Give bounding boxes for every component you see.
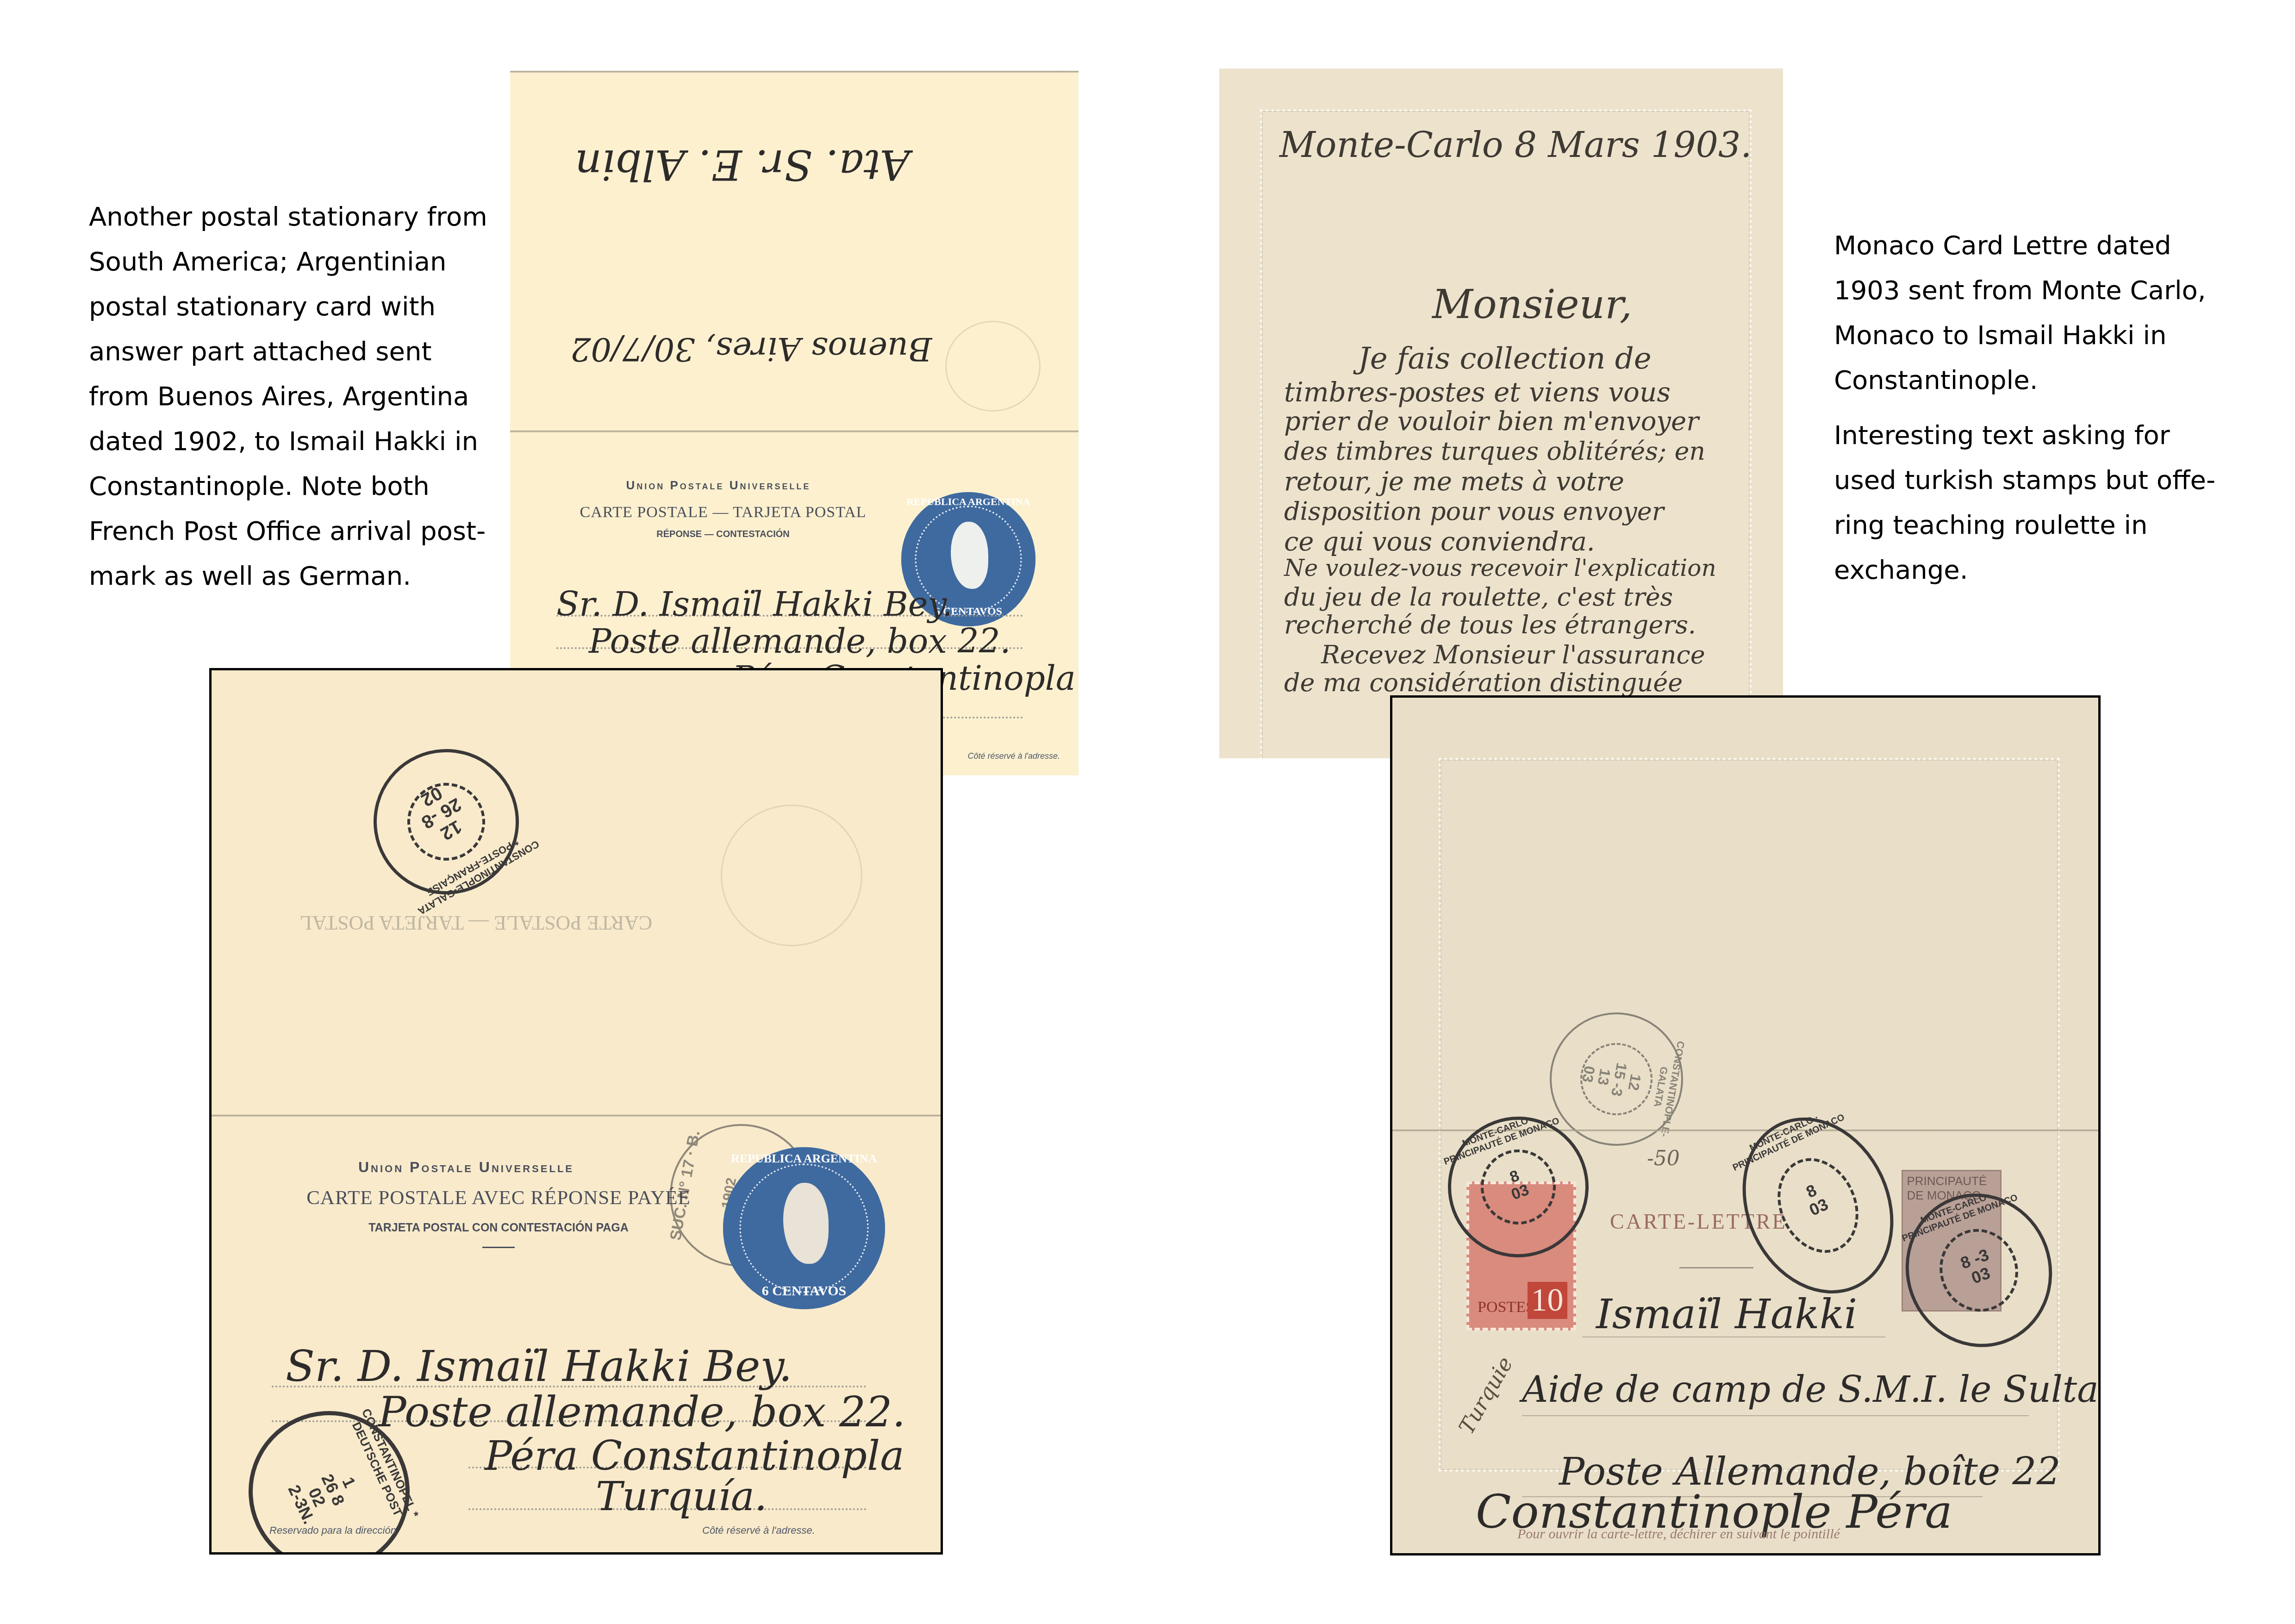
caption-line: used turkish stamps but offe-	[1834, 465, 2215, 495]
letter-line: Recevez Monsieur l'assurance	[1321, 640, 1705, 669]
ornament-rule	[1679, 1267, 1753, 1268]
letter-line: Ne voulez-vous recevoir l'explication	[1284, 555, 1716, 581]
address-line-2: Poste allemande, box 22.	[378, 1388, 905, 1437]
letter-line: des timbres turques oblitérés; en	[1284, 437, 1705, 466]
address-line-2: Aide de camp de S.M.I. le Sultan	[1522, 1369, 2101, 1411]
letter-line: recherché de tous les étrangers.	[1284, 610, 1696, 639]
stamp-country: REPUBLICA ARGENTINA	[901, 496, 1035, 508]
address-line-1: Ismaïl Hakki	[1596, 1290, 1857, 1338]
back-place-date: Buenos Aires, 30/7/02	[570, 330, 932, 368]
stamp-value: 6 CENTAVOS	[723, 1283, 885, 1299]
french-post-office-postmark: CONSTANTINOPLE-GALATA * POSTE-FRANÇAISE …	[347, 723, 546, 921]
caption-line: Interesting text asking for	[1834, 420, 2170, 450]
card-subtitle: RÉPONSE — CONTESTACIÓN	[607, 529, 839, 540]
right-caption: Monaco Card Lettre dated 1903 sent from …	[1834, 223, 2232, 593]
caption-line: ring teaching roulette in	[1834, 510, 2148, 540]
caption-line: answer part attached sent	[89, 329, 496, 374]
caption-line: French Post Office arrival post-	[89, 509, 496, 554]
caption-line: Monaco Card Lettre dated	[1834, 231, 2171, 261]
left-caption: Another postal stationary from South Ame…	[89, 194, 496, 599]
caption-line: dated 1902, to Ismail Hakki in	[89, 419, 496, 464]
letter-line: timbres-postes et viens vous	[1284, 376, 1671, 408]
caption-line: Constantinople.	[1834, 365, 2038, 395]
argentina-6-centavos-stamp: REPUBLICA ARGENTINA 6 CENTAVOS	[723, 1147, 885, 1309]
letter-line: de ma considération distinguée	[1284, 668, 1683, 697]
address-line-3: Péra Constantinopla	[485, 1432, 904, 1480]
card-title: CARTE POSTALE AVEC RÉPONSE PAYÉE	[295, 1187, 702, 1209]
ornament-rule	[482, 1247, 515, 1248]
caption-paragraph-1: Monaco Card Lettre dated 1903 sent from …	[1834, 223, 2232, 403]
postmark-ring-text: SUC. N° 17 · B.	[664, 1116, 706, 1255]
letter-line: du jeu de la roulette, c'est très	[1284, 582, 1673, 612]
caption-line: South America; Argentinian	[89, 239, 496, 284]
fold-line	[510, 431, 1079, 432]
address-rule	[1522, 1415, 2029, 1416]
caption-line: Monaco to Ismail Hakki in	[1834, 320, 2166, 350]
embossed-stamp-ghost	[945, 321, 1041, 412]
upu-header: Union Postale Universelle	[589, 478, 848, 493]
embossed-stamp-ghost	[721, 805, 862, 946]
show-through-text: CARTE POSTALE — TARJETA POSTAL	[299, 911, 652, 935]
fold-line	[212, 1115, 941, 1117]
argentine-main-card-image: CARTE POSTALE — TARJETA POSTAL CONSTANTI…	[209, 668, 943, 1555]
stamp-label: POSTES	[1478, 1299, 1534, 1316]
card-title: CARTE POSTALE — TARJETA POSTAL	[580, 504, 867, 521]
address-line-1: Sr. D. Ismaïl Hakki Bey.	[286, 1342, 792, 1391]
opening-instructions: Pour ouvrir la carte-lettre, déchirer en…	[1517, 1526, 1840, 1542]
address-line-1: Sr. D. Ismaïl Hakki Bey.	[556, 585, 953, 624]
caption-line: exchange.	[1834, 555, 1968, 585]
back-signature: Ata. Sr. E. Albin	[575, 140, 910, 189]
stamp-country: REPUBLICA ARGENTINA	[723, 1152, 885, 1166]
pencil-price-note: -50	[1647, 1147, 1680, 1170]
letter-line: retour, je me mets à votre	[1284, 467, 1624, 497]
caption-paragraph-2: Interesting text asking for used turkish…	[1834, 413, 2232, 593]
card-top-edge	[510, 71, 1079, 73]
caption-line: Another postal stationary from	[89, 194, 496, 239]
caption-line: 1903 sent from Monte Carlo,	[1834, 275, 2206, 306]
footer-address-side: Côté réservé à l'adresse.	[967, 751, 1060, 761]
card-subtitle: TARJETA POSTAL CON CONTESTACIÓN PAGA	[341, 1221, 656, 1235]
footer-reserved-direction: Reservado para la dirección.	[269, 1524, 399, 1537]
monaco-carte-lettre-image: CONSTANTINOPLE-GALATA 12 15 -3 13 03 -50…	[1390, 695, 2101, 1555]
letter-date-line: Monte-Carlo 8 Mars 1903.	[1279, 124, 1752, 165]
letter-salutation: Monsieur,	[1432, 281, 1632, 328]
caption-line: from Buenos Aires, Argentina	[89, 374, 496, 419]
letter-line: ce qui vous conviendra.	[1284, 527, 1595, 557]
caption-line: Constantinople. Note both	[89, 464, 496, 509]
address-line-2: Poste allemande, box 22.	[589, 622, 1010, 661]
caption-line: mark as well as German.	[89, 554, 496, 599]
address-line-4: Turquía.	[596, 1474, 767, 1520]
caption-line: postal stationary card with	[89, 284, 496, 329]
letter-line: Je fais collection de	[1358, 342, 1652, 376]
letter-line: disposition pour vous envoyer	[1284, 497, 1664, 526]
monaco-letter-inside-image: Monte-Carlo 8 Mars 1903. Monsieur, Je fa…	[1219, 69, 1783, 758]
upu-header: Union Postale Universelle	[327, 1159, 605, 1176]
letter-line: prier de vouloir bien m'envoyer	[1284, 406, 1699, 437]
footer-address-side: Côté réservé à l'adresse.	[702, 1524, 815, 1537]
stamp-value: 10	[1528, 1282, 1567, 1319]
